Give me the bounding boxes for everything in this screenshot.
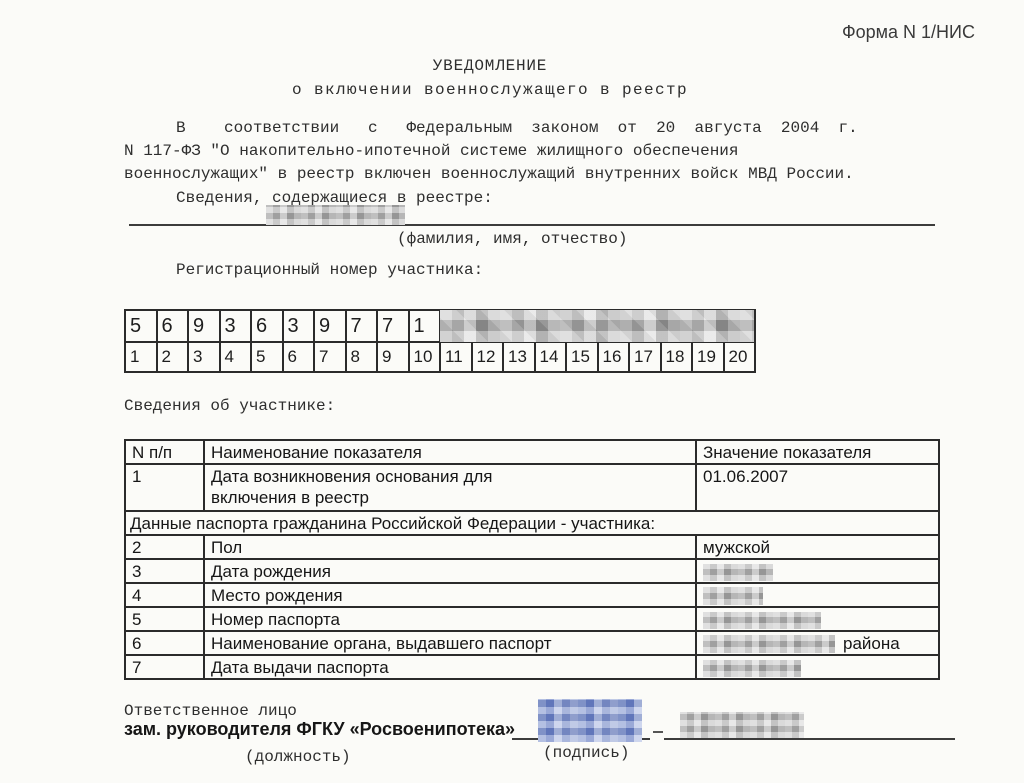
row-value-cell	[696, 583, 939, 607]
row-value-cell: 01.06.2007	[696, 464, 939, 511]
reg-index-cell: 7	[314, 342, 346, 372]
row-value-cell	[696, 607, 939, 631]
reg-index-cell: 19	[692, 342, 724, 372]
redacted-value-block	[703, 612, 821, 629]
redacted-signer-name	[680, 712, 804, 738]
registration-number-redaction	[440, 310, 754, 342]
section-row-label: Данные паспорта гражданина Российской Фе…	[125, 511, 939, 535]
redacted-name-block	[266, 205, 405, 225]
reg-index-cell: 11	[440, 342, 472, 372]
row-value-cell	[696, 655, 939, 679]
document-title: УВЕДОМЛЕНИЕ	[0, 57, 980, 75]
reg-digit-cell: 9	[314, 310, 346, 342]
reg-index-cell: 5	[251, 342, 283, 372]
reg-index-cell: 18	[661, 342, 693, 372]
row-number-cell: 1	[125, 464, 204, 511]
reg-index-cell: 1	[125, 342, 157, 372]
table-header-row: N п/п Наименование показателя Значение п…	[125, 440, 939, 464]
signature-caption: (подпись)	[543, 744, 629, 762]
row-name-line: включения в реестр	[211, 487, 689, 508]
table-row: 4 Место рождения	[125, 583, 939, 607]
signature-line-dash	[653, 731, 663, 733]
position-caption: (должность)	[245, 748, 351, 766]
row-value-cell: района	[696, 631, 939, 655]
row-name-cell: Место рождения	[204, 583, 696, 607]
row-name-cell: Номер паспорта	[204, 607, 696, 631]
table-row: 5 Номер паспорта	[125, 607, 939, 631]
reg-digit-cell: 6	[157, 310, 189, 342]
form-number: Форма N 1/НИС	[0, 22, 975, 43]
row-name-cell: Наименование органа, выдавшего паспорт	[204, 631, 696, 655]
reg-digit-cell: 5	[125, 310, 157, 342]
redacted-value-block	[703, 587, 763, 605]
body-line-1: В соответствии с Федеральным законом от …	[176, 119, 858, 137]
table-row: 3 Дата рождения	[125, 559, 939, 583]
row-value-cell: мужской	[696, 535, 939, 559]
reg-index-cell: 8	[346, 342, 378, 372]
redacted-value-block	[703, 564, 773, 581]
row-value-cell	[696, 559, 939, 583]
row-name-line: Дата возникновения основания для	[211, 466, 689, 487]
responsible-position: зам. руководителя ФГКУ «Росвоенипотека»	[124, 719, 515, 740]
redacted-value-block	[703, 635, 835, 653]
reg-index-cell: 9	[377, 342, 409, 372]
name-caption: (фамилия, имя, отчество)	[397, 230, 627, 248]
registration-number-grid: 5 6 9 3 6 3 9 7 7 1	[124, 309, 756, 373]
body-line-3: военнослужащих" в реестр включен военнос…	[124, 165, 854, 183]
reg-index-cell: 14	[535, 342, 567, 372]
col-header-num: N п/п	[125, 440, 204, 464]
row-name-cell: Дата выдачи паспорта	[204, 655, 696, 679]
table-row: 6 Наименование органа, выдавшего паспорт…	[125, 631, 939, 655]
reg-index-cell: 17	[629, 342, 661, 372]
scanned-document-page: Форма N 1/НИС УВЕДОМЛЕНИЕ о включении во…	[0, 0, 1024, 783]
reg-index-cell: 3	[188, 342, 220, 372]
col-header-value: Значение показателя	[696, 440, 939, 464]
row-number-cell: 5	[125, 607, 204, 631]
table-section-row: Данные паспорта гражданина Российской Фе…	[125, 511, 939, 535]
reg-index-cell: 2	[157, 342, 189, 372]
row-number-cell: 7	[125, 655, 204, 679]
reg-index-cell: 4	[220, 342, 252, 372]
reg-index-cell: 16	[598, 342, 630, 372]
row-number-cell: 3	[125, 559, 204, 583]
row-name-cell: Дата возникновения основания для включен…	[204, 464, 696, 511]
table-row: 2 Пол мужской	[125, 535, 939, 559]
reg-digit-cell: 6	[251, 310, 283, 342]
redacted-value-block	[703, 660, 801, 677]
row-number-cell: 2	[125, 535, 204, 559]
col-header-name: Наименование показателя	[204, 440, 696, 464]
table-row: 7 Дата выдачи паспорта	[125, 655, 939, 679]
reg-digit-cell: 1	[409, 310, 441, 342]
reg-index-cell: 12	[472, 342, 504, 372]
row-name-cell: Дата рождения	[204, 559, 696, 583]
responsible-person-label: Ответственное лицо	[124, 702, 297, 720]
redacted-signature	[538, 699, 642, 742]
reg-index-cell: 6	[283, 342, 315, 372]
name-underline	[129, 206, 935, 226]
row-value-suffix: района	[843, 634, 900, 653]
participant-table: N п/п Наименование показателя Значение п…	[124, 439, 940, 680]
registration-label: Регистрационный номер участника:	[176, 261, 483, 279]
row-number-cell: 4	[125, 583, 204, 607]
reg-digit-cell: 3	[283, 310, 315, 342]
reg-index-cell: 10	[409, 342, 441, 372]
reg-index-cell: 15	[566, 342, 598, 372]
reg-digit-cell: 3	[220, 310, 252, 342]
table-row: 1 Дата возникновения основания для включ…	[125, 464, 939, 511]
reg-digit-cell: 7	[346, 310, 378, 342]
registration-index-row: 1 2 3 4 5 6 7 8 9 10 11 12 13 14 15 16 1…	[125, 342, 755, 372]
document-subtitle: о включении военнослужащего в реестр	[0, 81, 980, 99]
row-name-cell: Пол	[204, 535, 696, 559]
participant-label: Сведения об участнике:	[124, 397, 335, 415]
reg-digit-cell: 9	[188, 310, 220, 342]
body-line-2: N 117-ФЗ "О накопительно-ипотечной систе…	[124, 142, 739, 160]
reg-index-cell: 13	[503, 342, 535, 372]
reg-index-cell: 20	[724, 342, 756, 372]
row-number-cell: 6	[125, 631, 204, 655]
reg-digit-cell: 7	[377, 310, 409, 342]
